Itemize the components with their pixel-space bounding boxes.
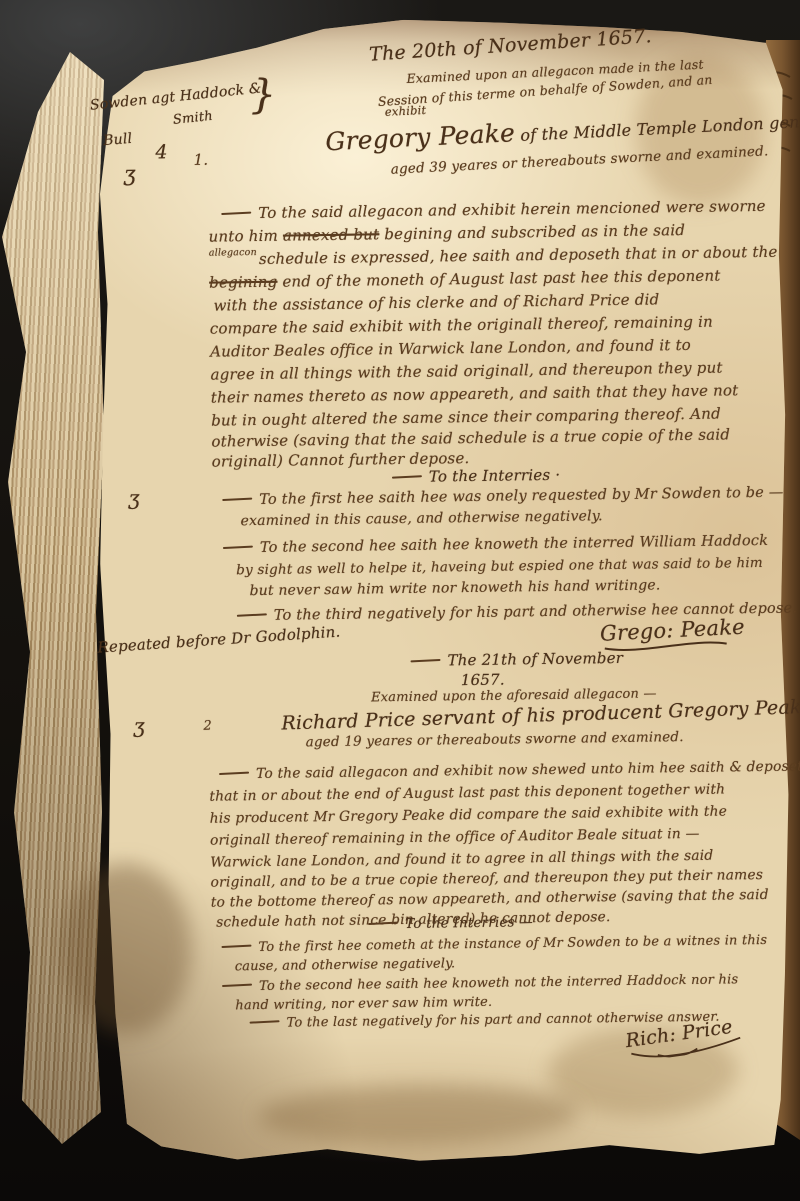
pen-flourish xyxy=(222,498,252,501)
margin-paragraph-mark: ʒ xyxy=(124,162,136,186)
section2-date: The 21th of November xyxy=(410,649,623,670)
pen-flourish xyxy=(223,546,253,549)
pen-flourish xyxy=(222,984,252,987)
ink-stain xyxy=(60,863,192,1035)
answer1-line: cause, and otherwise negatively. xyxy=(235,956,456,974)
margin-note-bull: Bull xyxy=(103,131,133,149)
margin-paragraph-mark: ʒ xyxy=(128,486,140,510)
margin-number-4: 4 xyxy=(155,141,168,163)
struck-out-text: begining xyxy=(209,273,277,292)
margin-entry-number-1: 1. xyxy=(193,151,208,169)
interrogatories1-heading: To the Interries · xyxy=(392,466,561,486)
interlinear-insertion: allegacon xyxy=(209,247,257,259)
struck-out-text: annexed but xyxy=(283,225,380,244)
pen-flourish xyxy=(410,659,440,662)
pen-flourish xyxy=(237,613,267,616)
pen-flourish xyxy=(250,1020,280,1023)
margin-paragraph-mark: ʒ xyxy=(133,714,145,738)
margin-brace: } xyxy=(250,72,276,118)
manuscript-photo: The 20th of November 1657. Examined upon… xyxy=(0,0,800,1201)
pen-flourish xyxy=(219,772,249,775)
section2-year: 1657. xyxy=(461,671,505,690)
header-note-3: exhibit xyxy=(385,103,427,119)
interrogatories2-heading: To the Interries — xyxy=(368,914,533,932)
manuscript-page-group: The 20th of November 1657. Examined upon… xyxy=(0,0,800,1201)
pen-flourish xyxy=(392,475,422,478)
pen-flourish xyxy=(221,212,251,215)
margin-entry-number-2: 2 xyxy=(203,719,212,734)
pen-flourish xyxy=(221,945,251,948)
pen-flourish xyxy=(368,922,398,925)
